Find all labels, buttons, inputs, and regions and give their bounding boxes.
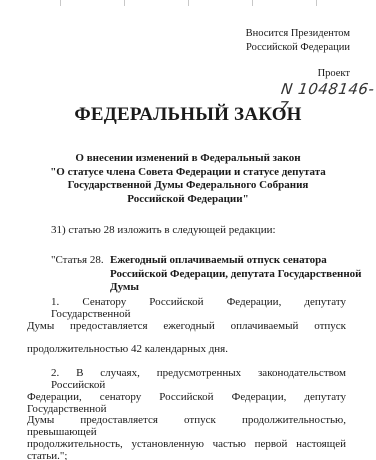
paragraph-line: продолжительностью 42 календарных дня. xyxy=(27,343,346,355)
paragraph-line: Федерации, сенатору Российской Федерации… xyxy=(27,391,346,415)
scan-mark xyxy=(124,0,125,6)
paragraph-line: 2. В случаях, предусмотренных законодате… xyxy=(51,367,346,391)
scan-mark xyxy=(60,0,61,6)
submitter-line-1: Вносится Президентом xyxy=(246,27,350,41)
subtitle-line: О внесении изменений в Федеральный закон xyxy=(0,152,376,166)
document-title: ФЕДЕРАЛЬНЫЙ ЗАКОН xyxy=(0,104,376,126)
paragraph-line: Думы предоставляется отпуск продолжитель… xyxy=(27,414,346,438)
document-subtitle: О внесении изменений в Федеральный закон… xyxy=(0,152,376,206)
subtitle-line: "О статусе члена Совета Федерации и стат… xyxy=(0,166,376,180)
clause-intro: 31) статью 28 изложить в следующей редак… xyxy=(51,224,276,236)
paragraph-line: 1. Сенатору Российской Федерации, депута… xyxy=(51,296,346,320)
paragraph-line: продолжительность, установленную частью … xyxy=(27,438,346,460)
submitter-line-2: Российской Федерации xyxy=(246,41,350,55)
draft-label: Проект xyxy=(318,67,350,81)
paragraph-line: Думы предоставляется ежегодный оплачивае… xyxy=(27,320,346,332)
subtitle-line: Государственной Думы Федерального Собран… xyxy=(0,179,376,193)
scan-mark xyxy=(252,0,253,6)
scan-mark xyxy=(316,0,317,6)
article-title-line: Российской Федерации, депутата Государст… xyxy=(110,268,362,282)
scan-mark xyxy=(188,0,189,6)
article-title-line: Ежегодный оплачиваемый отпуск сенатора xyxy=(110,254,362,268)
submitter-block: Вносится Президентом Российской Федераци… xyxy=(246,27,350,55)
article-label: "Статья 28. xyxy=(51,254,104,266)
subtitle-line: Российской Федерации" xyxy=(0,193,376,207)
article-title: Ежегодный оплачиваемый отпуск сенатора Р… xyxy=(110,254,362,295)
article-title-line: Думы xyxy=(110,281,362,295)
